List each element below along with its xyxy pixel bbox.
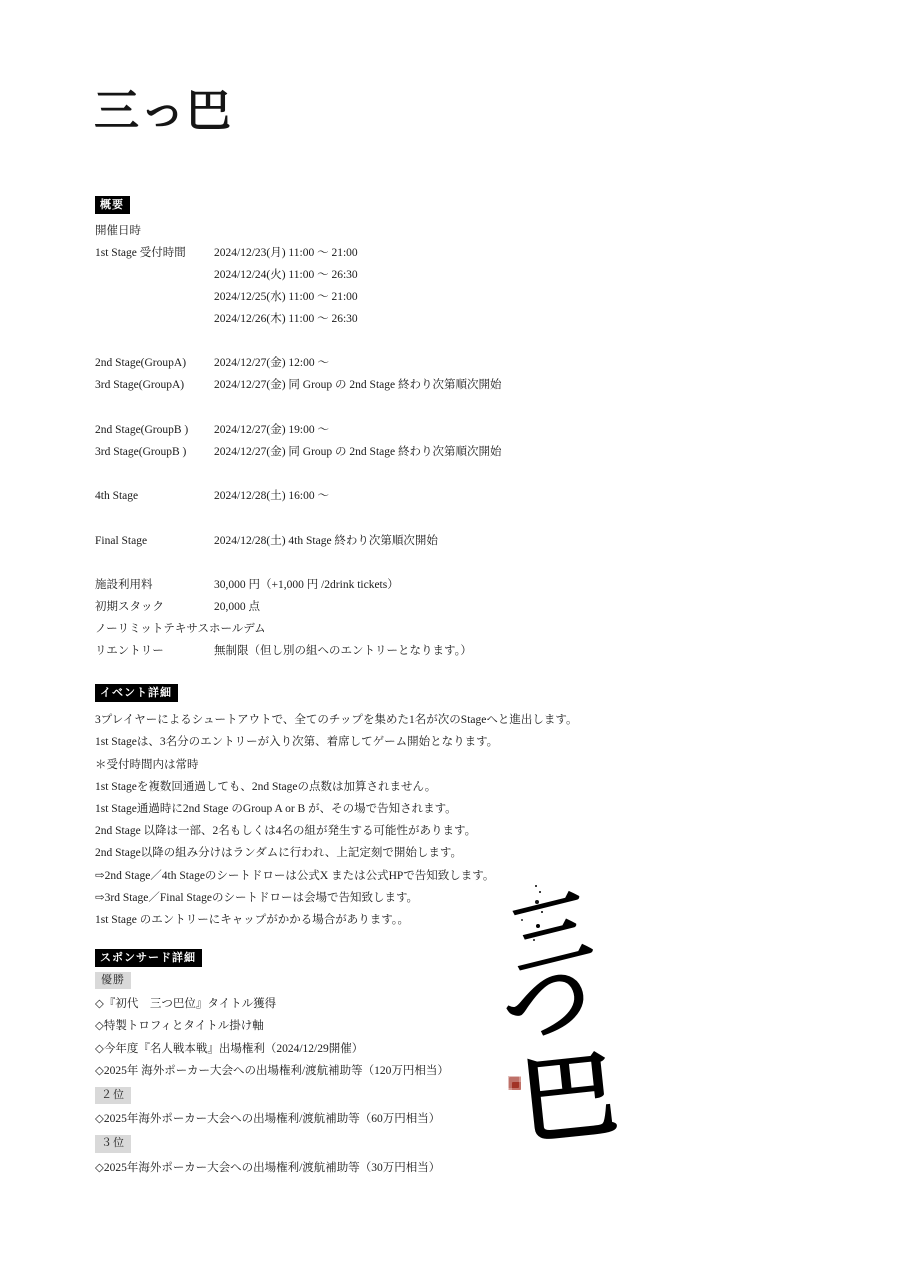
prize-group-second: ２位 ◇2025年海外ポーカー大会への出場権利/渡航補助等（60万円相当）	[95, 1082, 449, 1130]
row-label: 2nd Stage(GroupB )	[95, 419, 214, 441]
page-title: 三っ巴	[94, 86, 232, 138]
row-value: 30,000 円（+1,000 円 /2drink tickets）	[214, 574, 399, 596]
row-label: 4th Stage	[95, 485, 214, 507]
row-label: 初期スタック	[95, 596, 214, 618]
calligraphy-char-2: つ	[492, 950, 607, 1065]
row-value: 2024/12/27(金) 19:00 ～	[214, 419, 329, 441]
document-page: 三っ巴 概要 開催日時 1st Stage 受付時間2024/12/23(月) …	[0, 0, 910, 1277]
prize-item: ◇今年度『名人戦本戦』出場権利（2024/12/29開催）	[95, 1038, 449, 1060]
prize-item: ◇『初代 三つ巴位』タイトル獲得	[95, 993, 449, 1015]
body-line: 1st Stage のエントリーにキャップがかかる場合があります。。	[95, 909, 577, 931]
row-value: 20,000 点	[214, 596, 260, 618]
row-label: 3rd Stage(GroupB )	[95, 441, 214, 463]
body-line: 3プレイヤーによるシュートアウトで、全てのチップを集めた1名が次のStageへと…	[95, 709, 577, 731]
prize-item: ◇2025年海外ポーカー大会への出場権利/渡航補助等（30万円相当）	[95, 1157, 449, 1179]
row-label: ノーリミットテキサスホールデム	[95, 618, 214, 640]
row-value: 2024/12/26(木) 11:00 ～ 26:30	[214, 308, 358, 330]
body-line: 1st Stageは、3名分のエントリーが入り次第、着席してゲーム開始となります…	[95, 731, 577, 753]
row-value: 2024/12/28(土) 16:00 ～	[214, 485, 329, 507]
prize-item: ◇2025年海外ポーカー大会への出場権利/渡航補助等（60万円相当）	[95, 1108, 449, 1130]
calligraphy-artwork: 三 つ 巴	[503, 893, 653, 1158]
body-line: 2nd Stage以降の組み分けはランダムに行われ、上記定刻で開始します。	[95, 842, 577, 864]
row-label: 施設利用料	[95, 574, 214, 596]
row-label	[95, 264, 214, 286]
prize-group-winner: 優勝 ◇『初代 三つ巴位』タイトル獲得 ◇特製トロフィとタイトル掛け軸 ◇今年度…	[95, 967, 449, 1082]
table-row: リエントリー無制限（但し別の組へのエントリーとなります。）	[95, 640, 501, 662]
table-row: 4th Stage2024/12/28(土) 16:00 ～	[95, 485, 501, 507]
sponsored-section-label: スポンサード詳細	[95, 949, 202, 967]
rank-badge-second: ２位	[95, 1087, 131, 1104]
row-value: 2024/12/24(火) 11:00 ～ 26:30	[214, 264, 358, 286]
table-row: 1st Stage 受付時間2024/12/23(月) 11:00 ～ 21:0…	[95, 242, 501, 264]
rank-badge-winner: 優勝	[95, 972, 131, 989]
table-row: 開催日時	[95, 220, 501, 242]
row-value: 2024/12/27(金) 同 Group の 2nd Stage 終わり次第順…	[214, 441, 501, 463]
body-line: ＊受付時間内は常時	[95, 754, 577, 776]
table-row: 初期スタック20,000 点	[95, 596, 501, 618]
red-seal-stamp-icon	[508, 1076, 521, 1090]
row-label: Final Stage	[95, 530, 214, 552]
table-row: 2nd Stage(GroupA)2024/12/27(金) 12:00 ～	[95, 352, 501, 374]
calligraphy-char-3: 巴	[516, 1046, 622, 1152]
row-value: 2024/12/27(金) 12:00 ～	[214, 352, 329, 374]
body-line: 1st Stageを複数回通過しても、2nd Stageの点数は加算されません。	[95, 776, 577, 798]
row-label: 開催日時	[95, 220, 214, 242]
table-row: 3rd Stage(GroupA)2024/12/27(金) 同 Group の…	[95, 374, 501, 396]
row-label: リエントリー	[95, 640, 214, 662]
rank-badge-third: ３位	[95, 1135, 131, 1152]
table-row: 2024/12/26(木) 11:00 ～ 26:30	[95, 308, 501, 330]
row-value: 2024/12/25(水) 11:00 ～ 21:00	[214, 286, 358, 308]
table-row: Final Stage2024/12/28(土) 4th Stage 終わり次第…	[95, 530, 501, 552]
overview-section: 概要 開催日時 1st Stage 受付時間2024/12/23(月) 11:0…	[95, 195, 501, 662]
prize-group-third: ３位 ◇2025年海外ポーカー大会への出場権利/渡航補助等（30万円相当）	[95, 1130, 449, 1178]
sponsored-details-section: スポンサード詳細 優勝 ◇『初代 三つ巴位』タイトル獲得 ◇特製トロフィとタイト…	[95, 948, 449, 1179]
event-details-section-label: イベント詳細	[95, 684, 178, 702]
row-label	[95, 308, 214, 330]
table-row: 2nd Stage(GroupB )2024/12/27(金) 19:00 ～	[95, 419, 501, 441]
row-value: 無制限（但し別の組へのエントリーとなります。）	[214, 640, 472, 662]
row-value: 2024/12/28(土) 4th Stage 終わり次第順次開始	[214, 530, 438, 552]
body-line: ⇨2nd Stage／4th Stageのシートドローは公式X または公式HPで…	[95, 865, 577, 887]
table-row: 施設利用料30,000 円（+1,000 円 /2drink tickets）	[95, 574, 501, 596]
body-line: 2nd Stage 以降は一部、2名もしくは4名の組が発生する可能性があります。	[95, 820, 577, 842]
table-row: 3rd Stage(GroupB )2024/12/27(金) 同 Group …	[95, 441, 501, 463]
row-label: 1st Stage 受付時間	[95, 242, 214, 264]
body-line: 1st Stage通過時に2nd Stage のGroup A or B が、そ…	[95, 798, 577, 820]
row-label: 2nd Stage(GroupA)	[95, 352, 214, 374]
schedule-table: 開催日時 1st Stage 受付時間2024/12/23(月) 11:00 ～…	[95, 220, 501, 662]
table-row: 2024/12/25(水) 11:00 ～ 21:00	[95, 286, 501, 308]
prize-item: ◇2025年 海外ポーカー大会への出場権利/渡航補助等（120万円相当）	[95, 1060, 449, 1082]
prize-item: ◇特製トロフィとタイトル掛け軸	[95, 1015, 449, 1037]
row-label	[95, 286, 214, 308]
event-details-body: 3プレイヤーによるシュートアウトで、全てのチップを集めた1名が次のStageへと…	[95, 709, 577, 931]
event-details-section: イベント詳細 3プレイヤーによるシュートアウトで、全てのチップを集めた1名が次の…	[95, 683, 577, 931]
row-label: 3rd Stage(GroupA)	[95, 374, 214, 396]
table-row: ノーリミットテキサスホールデム	[95, 618, 501, 640]
table-row: 2024/12/24(火) 11:00 ～ 26:30	[95, 264, 501, 286]
overview-section-label: 概要	[95, 196, 130, 214]
row-value: 2024/12/27(金) 同 Group の 2nd Stage 終わり次第順…	[214, 374, 501, 396]
row-value: 2024/12/23(月) 11:00 ～ 21:00	[214, 242, 358, 264]
body-line: ⇨3rd Stage／Final Stageのシートドローは会場で告知致します。	[95, 887, 577, 909]
